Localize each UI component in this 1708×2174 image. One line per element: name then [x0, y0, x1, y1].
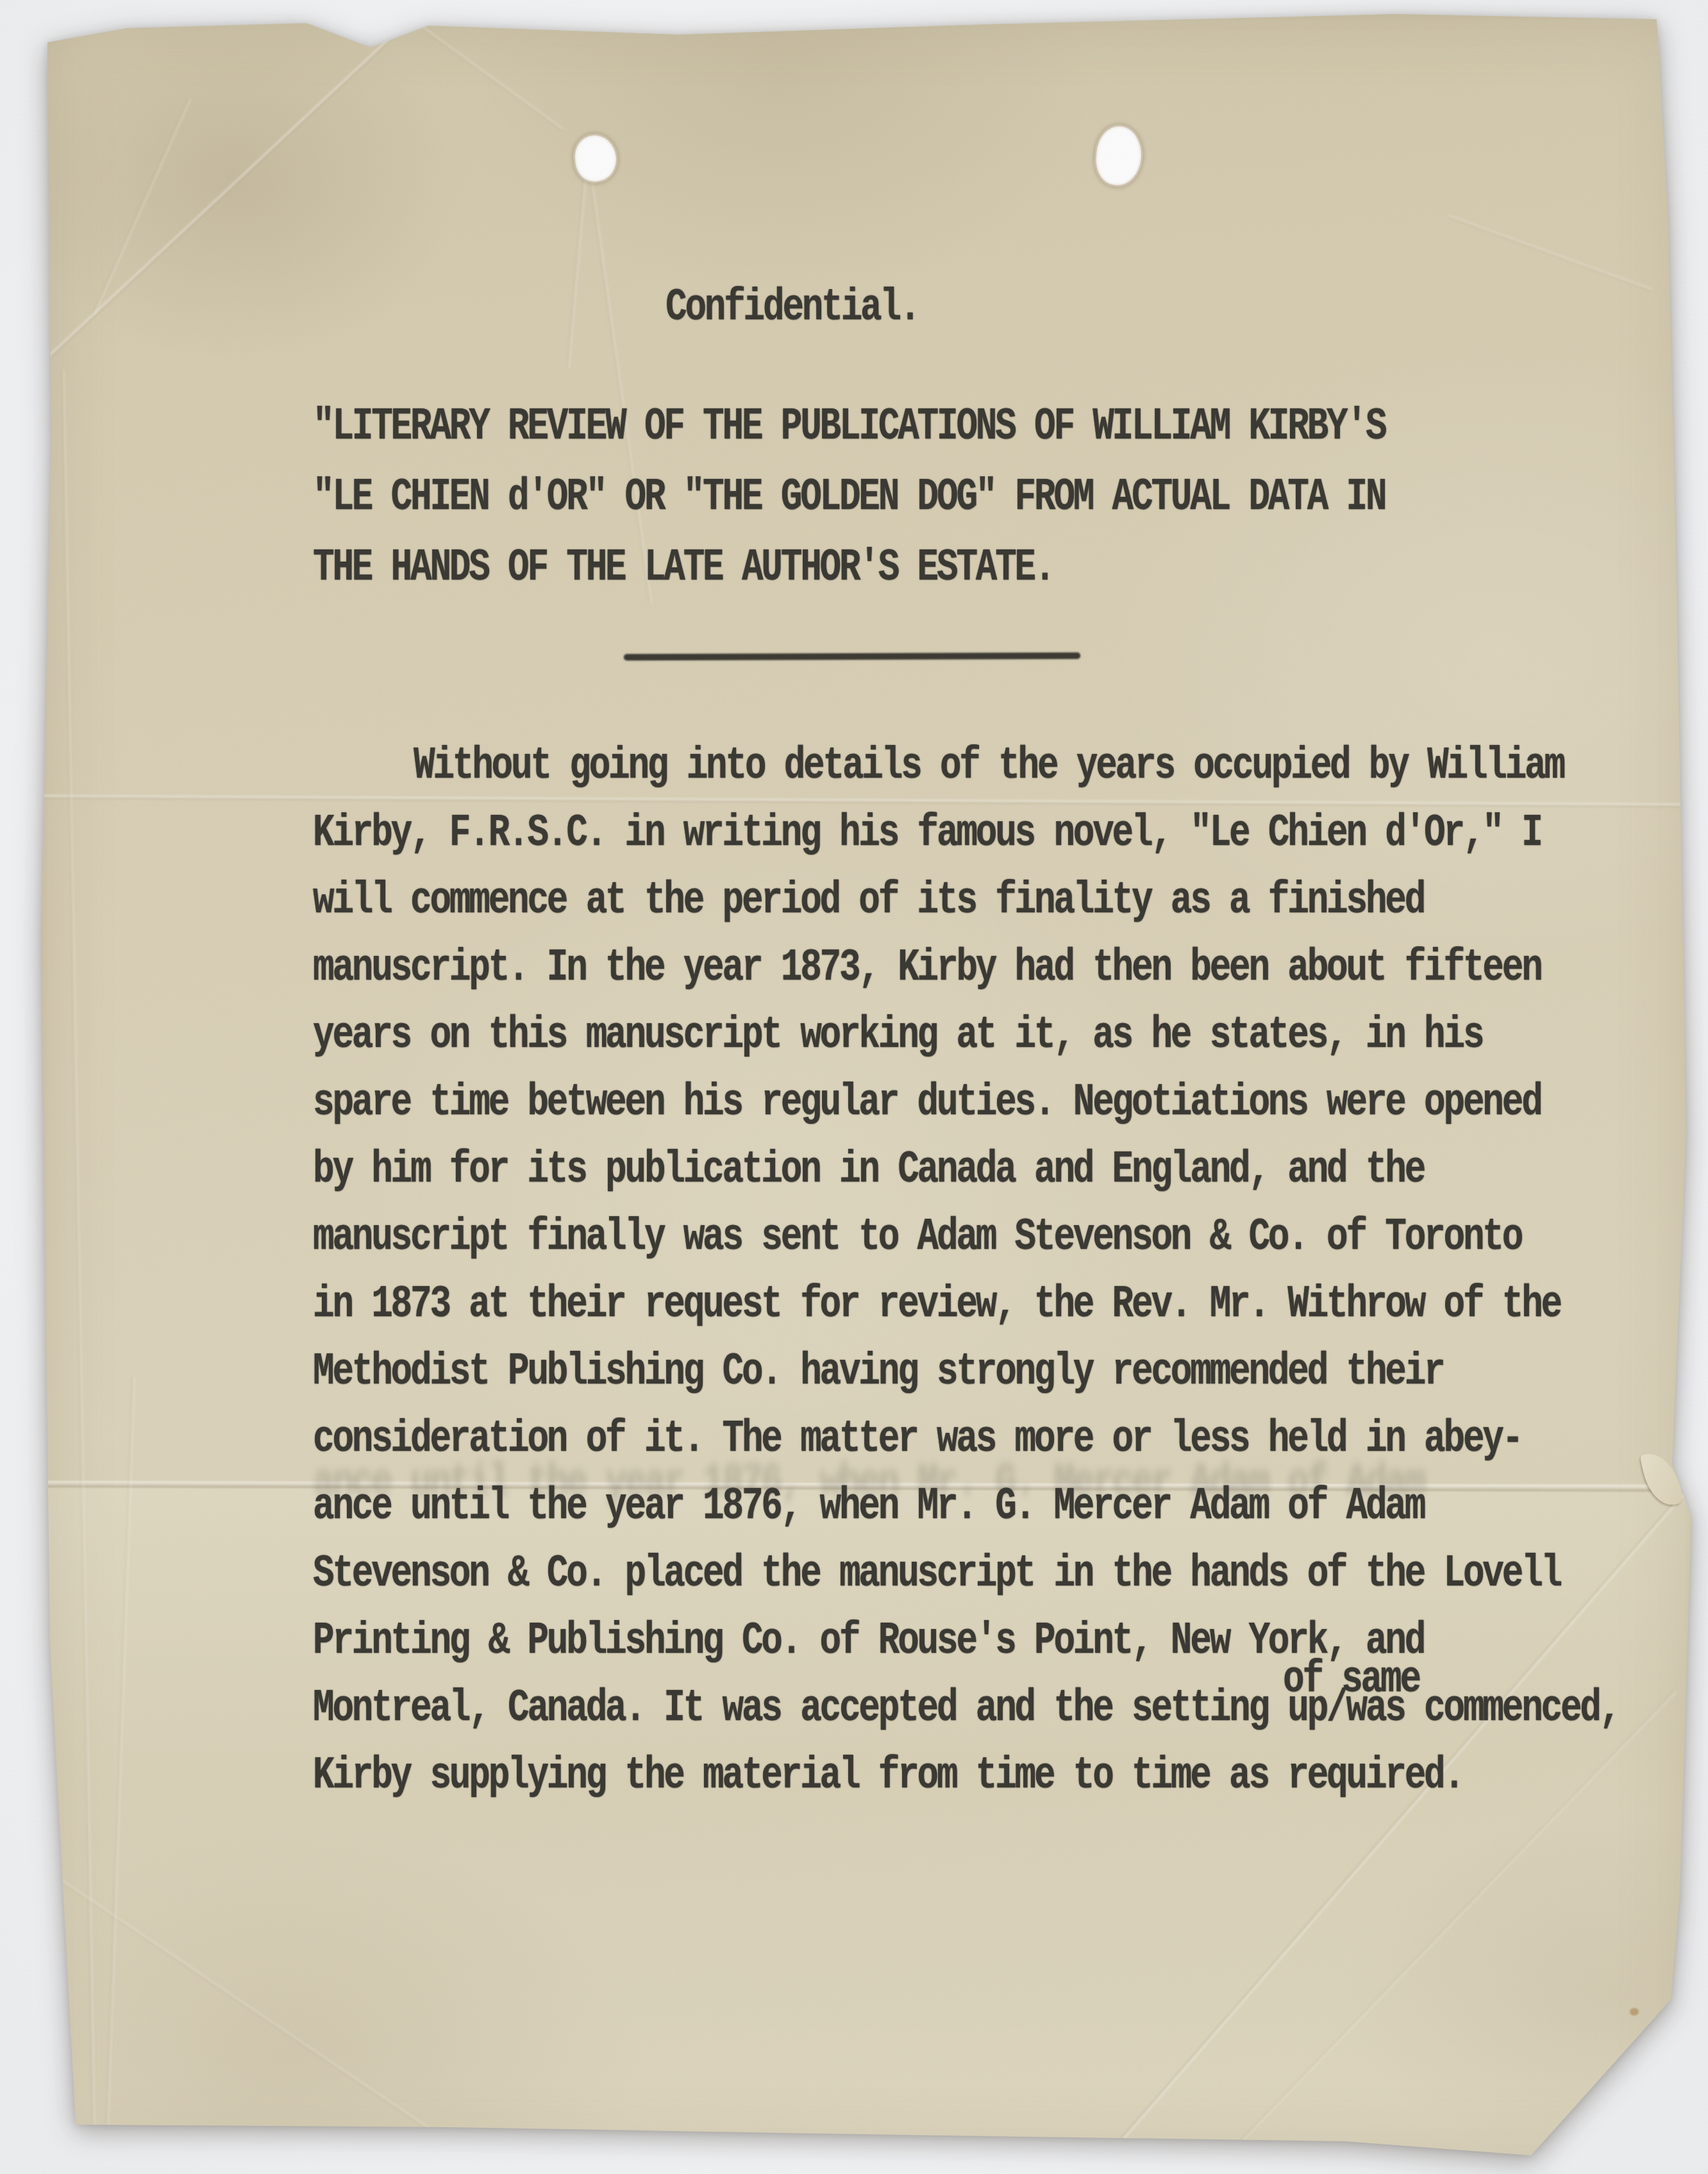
body-line: ance until the year 1876, when Mr. G. Me…: [313, 1483, 1424, 1528]
crease-top-center: [421, 26, 564, 132]
edge-tear: [1640, 1449, 1684, 1510]
crease-left-edge-vertical: [61, 370, 96, 2127]
punch-hole-left: [571, 131, 621, 186]
body-line: Stevenson & Co. placed the manuscript in…: [313, 1550, 1561, 1596]
body-line: will commence at the period of its final…: [313, 877, 1424, 923]
body-line: Without going into details of the years …: [313, 742, 1564, 788]
body-line: years on this manuscript working at it, …: [313, 1012, 1482, 1057]
document-page-wrapper: Confidential. "LITERARY REVIEW OF THE PU…: [37, 9, 1695, 2166]
rust-stain: [1630, 2008, 1639, 2016]
crease-top-left-fan: [92, 97, 192, 315]
body-line: manuscript. In the year 1873, Kirby had …: [313, 944, 1541, 990]
document-page: Confidential. "LITERARY REVIEW OF THE PU…: [37, 9, 1695, 2166]
crease-below-hole-2: [588, 172, 653, 605]
body-line: spare time between his regular duties. N…: [313, 1079, 1541, 1125]
scan-background: { "doc": { "classification": "Confidenti…: [0, 0, 1708, 2174]
title-line-3: THE HANDS OF THE LATE AUTHOR'S ESTATE.: [313, 544, 1053, 590]
body-line: Kirby, F.R.S.C. in writing his famous no…: [313, 810, 1541, 855]
body-line: manuscript finally was sent to Adam Stev…: [313, 1214, 1521, 1259]
classification-label: Confidential.: [666, 284, 919, 330]
body-line: Montreal, Canada. It was accepted and th…: [313, 1685, 1619, 1730]
crease-bottom-left: [59, 1879, 433, 2133]
crease-below-hole: [566, 170, 587, 368]
body-line: Kirby supplying the material from time t…: [313, 1752, 1463, 1798]
crease-top-right: [1447, 214, 1654, 292]
title-line-2: "LE CHIEN d'OR" OR "THE GOLDEN DOG" FROM…: [313, 474, 1385, 519]
body-line: in 1873 at their request for review, the…: [313, 1281, 1561, 1326]
punch-hole-right: [1092, 122, 1146, 189]
crease-top-left-diagonal: [42, 11, 420, 364]
body-line: by him for its publication in Canada and…: [313, 1146, 1424, 1192]
body-line: consideration of it. The matter was more…: [313, 1416, 1521, 1461]
fold-line-upper: [41, 795, 1686, 807]
body-line: Printing & Publishing Co. of Rouse's Poi…: [313, 1618, 1424, 1663]
crease-left-vertical-2: [105, 1376, 135, 2139]
title-line-1: "LITERARY REVIEW OF THE PUBLICATIONS OF …: [313, 403, 1385, 449]
title-underline: [624, 653, 1080, 660]
body-line: Methodist Publishing Co. having strongly…: [313, 1348, 1444, 1394]
